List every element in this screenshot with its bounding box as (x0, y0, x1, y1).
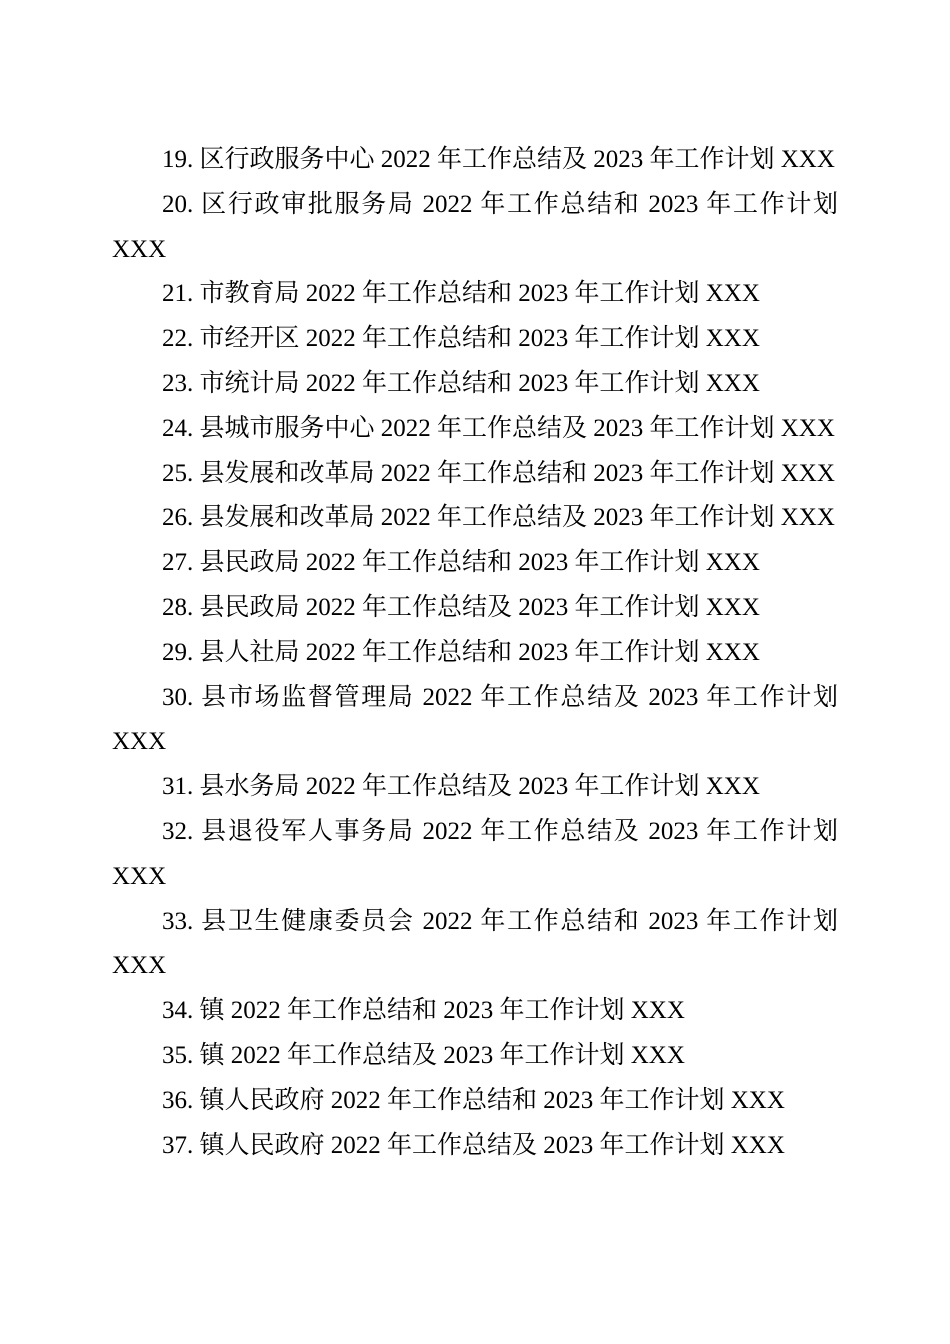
list-item-text: 33. 县卫生健康委员会 2022 年工作总结和 2023 年工作计划 XXX (112, 908, 838, 980)
list-item: 28. 县民政局 2022 年工作总结及 2023 年工作计划 XXX (112, 586, 838, 631)
list-item: 27. 县民政局 2022 年工作总结和 2023 年工作计划 XXX (112, 541, 838, 586)
list-item-text: 29. 县人社局 2022 年工作总结和 2023 年工作计划 XXX (162, 639, 760, 666)
list-item-text: 32. 县退役军人事务局 2022 年工作总结及 2023 年工作计划 XXX (112, 818, 838, 890)
list-item-text: 37. 镇人民政府 2022 年工作总结及 2023 年工作计划 XXX (162, 1132, 785, 1159)
list-item: 21. 市教育局 2022 年工作总结和 2023 年工作计划 XXX (112, 272, 838, 317)
list-item-text: 25. 县发展和改革局 2022 年工作总结和 2023 年工作计划 XXX (162, 460, 835, 487)
list-item: 30. 县市场监督管理局 2022 年工作总结及 2023 年工作计划 XXX (112, 676, 838, 766)
list-item: 25. 县发展和改革局 2022 年工作总结和 2023 年工作计划 XXX (112, 452, 838, 497)
list-item-text: 23. 市统计局 2022 年工作总结和 2023 年工作计划 XXX (162, 370, 760, 397)
list-item-text: 34. 镇 2022 年工作总结和 2023 年工作计划 XXX (162, 997, 685, 1024)
list-item-text: 31. 县水务局 2022 年工作总结及 2023 年工作计划 XXX (162, 773, 760, 800)
list-item: 36. 镇人民政府 2022 年工作总结和 2023 年工作计划 XXX (112, 1079, 838, 1124)
document-page: 19. 区行政服务中心 2022 年工作总结及 2023 年工作计划 XXX 2… (0, 0, 950, 1344)
list-item-text: 27. 县民政局 2022 年工作总结和 2023 年工作计划 XXX (162, 549, 760, 576)
list-item: 19. 区行政服务中心 2022 年工作总结及 2023 年工作计划 XXX (112, 138, 838, 183)
list-item: 24. 县城市服务中心 2022 年工作总结及 2023 年工作计划 XXX (112, 407, 838, 452)
list-item: 34. 镇 2022 年工作总结和 2023 年工作计划 XXX (112, 989, 838, 1034)
list-item: 26. 县发展和改革局 2022 年工作总结及 2023 年工作计划 XXX (112, 496, 838, 541)
list-item-text: 30. 县市场监督管理局 2022 年工作总结及 2023 年工作计划 XXX (112, 684, 838, 756)
list-item-text: 36. 镇人民政府 2022 年工作总结和 2023 年工作计划 XXX (162, 1087, 785, 1114)
list-item: 29. 县人社局 2022 年工作总结和 2023 年工作计划 XXX (112, 631, 838, 676)
list-item-text: 24. 县城市服务中心 2022 年工作总结及 2023 年工作计划 XXX (162, 415, 835, 442)
list-item-text: 21. 市教育局 2022 年工作总结和 2023 年工作计划 XXX (162, 280, 760, 307)
list-item: 37. 镇人民政府 2022 年工作总结及 2023 年工作计划 XXX (112, 1124, 838, 1169)
list-item-text: 20. 区行政审批服务局 2022 年工作总结和 2023 年工作计划 XXX (112, 191, 838, 263)
list-item: 35. 镇 2022 年工作总结及 2023 年工作计划 XXX (112, 1034, 838, 1079)
list-item: 33. 县卫生健康委员会 2022 年工作总结和 2023 年工作计划 XXX (112, 900, 838, 990)
list-item: 20. 区行政审批服务局 2022 年工作总结和 2023 年工作计划 XXX (112, 183, 838, 273)
list-item-text: 28. 县民政局 2022 年工作总结及 2023 年工作计划 XXX (162, 594, 760, 621)
list-item: 22. 市经开区 2022 年工作总结和 2023 年工作计划 XXX (112, 317, 838, 362)
numbered-list: 19. 区行政服务中心 2022 年工作总结及 2023 年工作计划 XXX 2… (112, 138, 838, 1168)
list-item-text: 19. 区行政服务中心 2022 年工作总结及 2023 年工作计划 XXX (162, 146, 835, 173)
list-item-text: 26. 县发展和改革局 2022 年工作总结及 2023 年工作计划 XXX (162, 504, 835, 531)
list-item-text: 22. 市经开区 2022 年工作总结和 2023 年工作计划 XXX (162, 325, 760, 352)
list-item: 32. 县退役军人事务局 2022 年工作总结及 2023 年工作计划 XXX (112, 810, 838, 900)
list-item: 23. 市统计局 2022 年工作总结和 2023 年工作计划 XXX (112, 362, 838, 407)
list-item: 31. 县水务局 2022 年工作总结及 2023 年工作计划 XXX (112, 765, 838, 810)
list-item-text: 35. 镇 2022 年工作总结及 2023 年工作计划 XXX (162, 1042, 685, 1069)
